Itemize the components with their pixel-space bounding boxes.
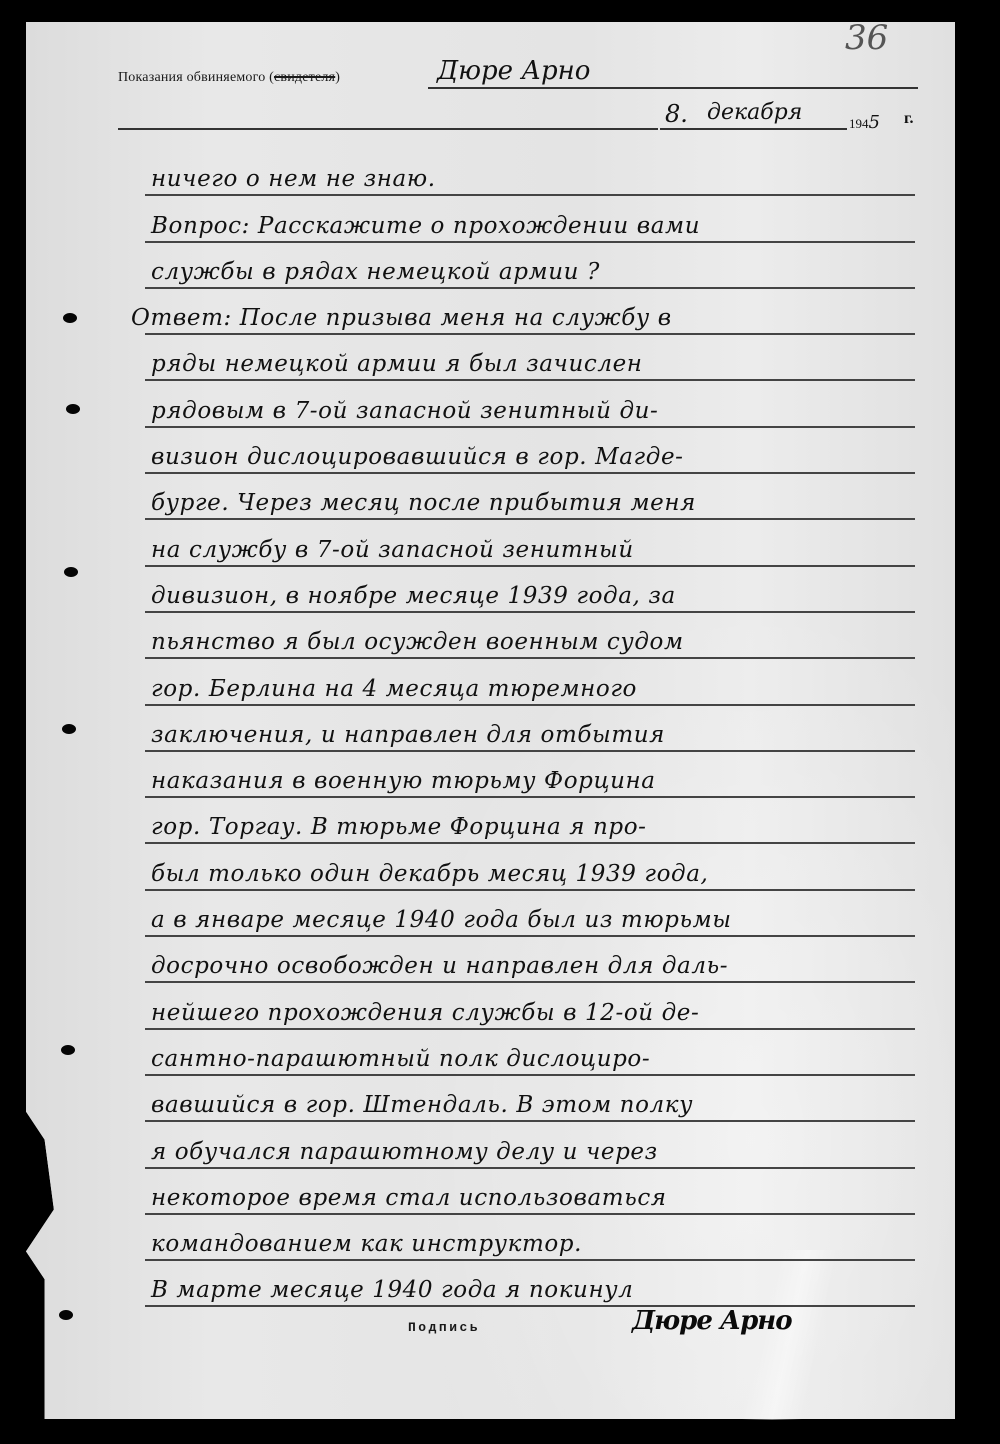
signature: Дюре Арно [632,1306,792,1336]
paren-close: ) [335,70,340,85]
line-text: ничего о нем не знаю. [151,166,436,192]
line-text: бурге. Через месяц после прибытия меня [151,490,696,516]
text-line: гор. Торгау. В тюрьме Форцина я про- [145,798,915,844]
text-line: рядовым в 7-ой запасной зенитный ди- [145,381,915,427]
line-text: нейшего прохождения службы в 12-ой де- [151,1000,699,1026]
date-year: 1945 [849,112,880,133]
text-line: вавшийся в гор. Штендаль. В этом полку [145,1076,915,1122]
text-line: на службу в 7-ой запасной зенитный [145,520,915,566]
date-underline-left [118,128,658,130]
punch-hole [59,1310,73,1320]
name-underline [428,87,918,89]
line-text: визион дислоцировавшийся в гор. Магде- [151,444,684,470]
line-text: сантно-парашютный полк дислоциро- [151,1046,650,1072]
text-line: командованием как инструктор. [145,1215,915,1261]
handwritten-body: ничего о нем не знаю. Вопрос: Расскажите… [145,150,915,1307]
date-month: декабря [707,100,802,125]
text-line: гор. Берлина на 4 месяца тюремного [145,659,915,705]
text-line: Ответ: После призыва меня на службу в [145,289,915,335]
text-line: а в январе месяце 1940 года был из тюрьм… [145,891,915,937]
line-text: службы в рядах немецкой армии ? [151,259,600,285]
line-text: некоторое время стал использоваться [151,1185,667,1211]
date-year-handwritten: 5 [869,112,880,133]
punch-hole [64,567,78,577]
line-text: командованием как инструктор. [151,1231,582,1257]
line-text: ряды немецкой армии я был зачислен [151,351,643,377]
text-line: наказания в военную тюрьму Форцина [145,752,915,798]
line-text: вавшийся в гор. Штендаль. В этом полку [151,1092,693,1118]
line-text: дивизион, в ноябре месяце 1939 года, за [151,583,676,609]
line-text: досрочно освобожден и направлен для даль… [151,953,728,979]
punch-hole [61,1045,75,1055]
text-line: нейшего прохождения службы в 12-ой де- [145,983,915,1029]
line-text: наказания в военную тюрьму Форцина [151,768,656,794]
line-text: пьянство я был осужден военным судом [151,629,684,655]
text-line: некоторое время стал использоваться [145,1169,915,1215]
line-text: гор. Торгау. В тюрьме Форцина я про- [151,814,647,840]
text-line: В марте месяце 1940 года я покинул [145,1261,915,1307]
text-line: заключения, и направлен для отбытия [145,706,915,752]
date-day-underline [660,128,710,130]
text-line: визион дислоцировавшийся в гор. Магде- [145,428,915,474]
text-line: службы в рядах немецкой армии ? [145,243,915,289]
punch-hole [66,404,80,414]
form-header-label: Показания обвиняемого [118,70,265,85]
line-text: В марте месяце 1940 года я покинул [151,1277,633,1303]
line-text: я обучался парашютному делу и через [151,1139,658,1165]
answer-line: Ответ: После призыва меня на службу в [131,305,672,331]
date-month-underline [705,128,847,130]
scan-frame: 36 Показания обвиняемого (свидетеля) Дюр… [0,0,1000,1444]
line-text: рядовым в 7-ой запасной зенитный ди- [151,398,658,424]
text-line: я обучался парашютному делу и через [145,1122,915,1168]
line-text: на службу в 7-ой запасной зенитный [151,537,634,563]
question-line: Вопрос: Расскажите о прохождении вами [151,213,700,239]
text-line: сантно-парашютный полк дислоциро- [145,1030,915,1076]
date-day: 8. [665,100,688,128]
punch-hole [63,313,77,323]
form-header: Показания обвиняемого (свидетеля) [118,70,340,86]
text-line: Вопрос: Расскажите о прохождении вами [145,196,915,242]
accused-name: Дюре Арно [437,56,590,86]
text-line: бурге. Через месяц после прибытия меня [145,474,915,520]
line-text: был только один декабрь месяц 1939 года, [151,861,708,887]
struck-witness-label: свидетеля [274,70,335,85]
date-year-printed: 194 [849,116,869,131]
text-line: был только один декабрь месяц 1939 года, [145,844,915,890]
punch-hole [62,724,76,734]
text-line: досрочно освобожден и направлен для даль… [145,937,915,983]
text-line: ряды немецкой армии я был зачислен [145,335,915,381]
text-line: ничего о нем не знаю. [145,150,915,196]
text-line: пьянство я был осужден военным судом [145,613,915,659]
date-suffix: г. [904,110,913,128]
page-number: 36 [845,18,888,58]
line-text: гор. Берлина на 4 месяца тюремного [151,676,637,702]
line-text: а в январе месяце 1940 года был из тюрьм… [151,907,732,933]
line-text: заключения, и направлен для отбытия [151,722,665,748]
signature-label: Подпись [408,1320,480,1335]
text-line: дивизион, в ноябре месяце 1939 года, за [145,567,915,613]
